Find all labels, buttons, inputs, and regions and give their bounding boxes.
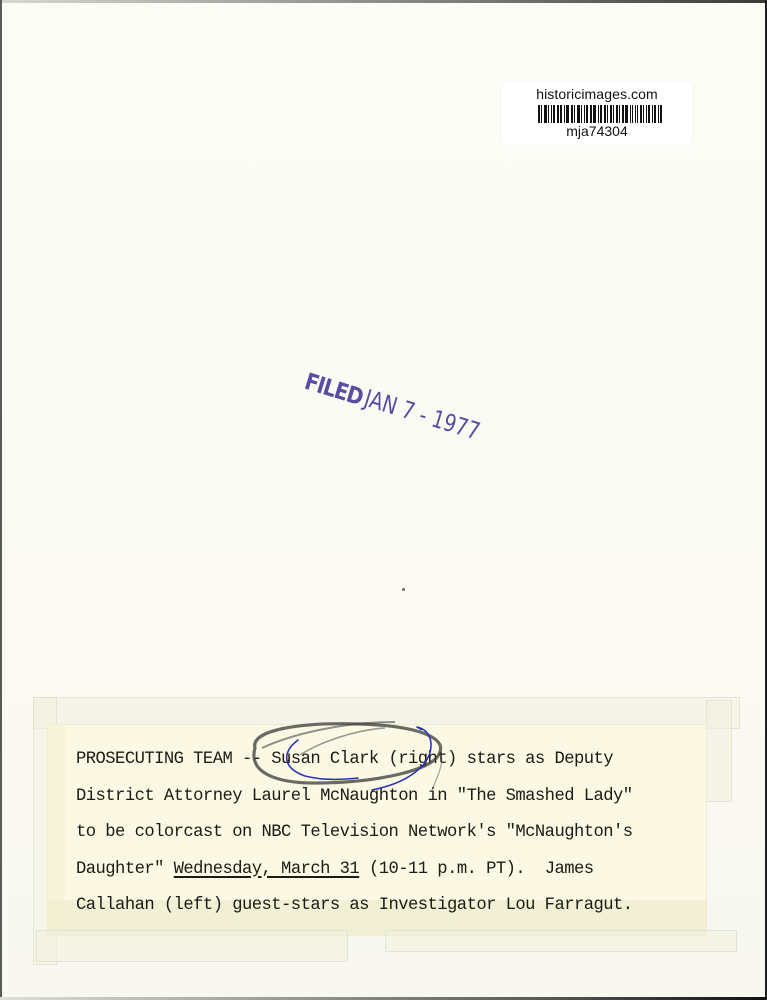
label-site: historicimages.com: [502, 86, 692, 102]
caption-line: District Attorney Laurel McNaughton in "…: [76, 779, 716, 816]
caption-segment: District Attorney Laurel McNaughton in "…: [76, 787, 633, 806]
label-code: mja74304: [502, 123, 692, 139]
caption-segment: Callahan (left) guest-stars as Investiga…: [76, 896, 633, 915]
caption-segment: (10-11 p.m. PT). James: [359, 860, 593, 879]
tape-strip-bottom-right: [385, 930, 737, 952]
caption-segment: Daughter": [76, 860, 174, 879]
caption-line: PROSECUTING TEAM -- Susan Clark (right) …: [76, 742, 716, 779]
caption-line: to be colorcast on NBC Television Networ…: [76, 815, 716, 852]
underlined-date: Wednesday, March 31: [174, 860, 360, 879]
caption-line: Callahan (left) guest-stars as Investiga…: [76, 888, 716, 925]
caption-line: Daughter" Wednesday, March 31 (10-11 p.m…: [76, 852, 716, 889]
photo-edge-left: [0, 0, 2, 1000]
dust-speck: [402, 588, 405, 591]
barcode-label: historicimages.com mja74304: [502, 82, 692, 145]
caption-text: PROSECUTING TEAM -- Susan Clark (right) …: [76, 742, 716, 925]
barcode-icon: [538, 105, 666, 123]
photo-edge-top: [0, 0, 767, 3]
caption-segment: PROSECUTING TEAM -- Susan Clark (right) …: [76, 750, 613, 769]
tape-strip-bottom-left: [36, 930, 348, 962]
caption-segment: to be colorcast on NBC Television Networ…: [76, 823, 633, 842]
